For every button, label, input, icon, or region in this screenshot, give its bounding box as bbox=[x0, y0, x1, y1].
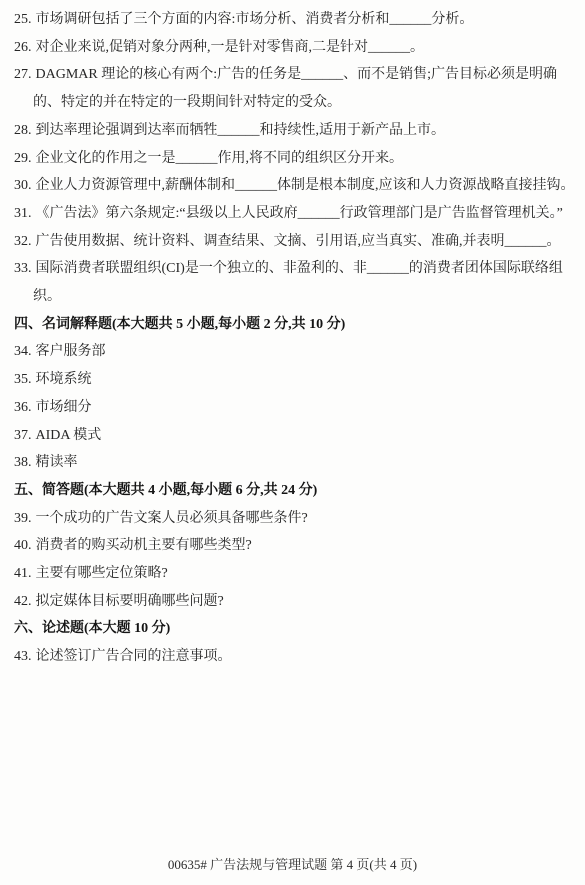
question-number: 42. bbox=[14, 594, 32, 609]
question-40: 40.消费者的购买动机主要有哪些类型? bbox=[14, 532, 581, 560]
question-37: 37.AIDA 模式 bbox=[14, 422, 581, 450]
exam-content: 25.市场调研包括了三个方面的内容:市场分析、消费者分析和______分析。 2… bbox=[0, 6, 585, 671]
question-text: 企业文化的作用之一是______作用,将不同的组织区分开来。 bbox=[36, 151, 404, 166]
section-heading-4: 四、名词解释题(本大题共 5 小题,每小题 2 分,共 10 分) bbox=[14, 311, 581, 339]
question-number: 30. bbox=[14, 178, 32, 193]
section-heading-5: 五、简答题(本大题共 4 小题,每小题 6 分,共 24 分) bbox=[14, 477, 581, 505]
question-42: 42.拟定媒体目标要明确哪些问题? bbox=[14, 588, 581, 616]
question-number: 37. bbox=[14, 428, 32, 443]
page-footer: 00635# 广告法规与管理试题 第 4 页(共 4 页) bbox=[0, 851, 585, 879]
question-number: 31. bbox=[14, 206, 32, 221]
question-39: 39.一个成功的广告文案人员必须具备哪些条件? bbox=[14, 505, 581, 533]
question-text: 一个成功的广告文案人员必须具备哪些条件? bbox=[36, 511, 308, 526]
question-text: 精读率 bbox=[36, 455, 78, 470]
question-32: 32.广告使用数据、统计资料、调查结果、文摘、引用语,应当真实、准确,并表明__… bbox=[14, 228, 581, 256]
question-number: 25. bbox=[14, 12, 32, 27]
question-number: 34. bbox=[14, 344, 32, 359]
question-text: 市场调研包括了三个方面的内容:市场分析、消费者分析和______分析。 bbox=[36, 12, 474, 27]
question-text: 主要有哪些定位策略? bbox=[36, 566, 168, 581]
question-26: 26.对企业来说,促销对象分两种,一是针对零售商,二是针对______。 bbox=[14, 34, 581, 62]
question-text: DAGMAR 理论的核心有两个:广告的任务是______、而不是销售;广告目标必… bbox=[33, 67, 557, 110]
question-text: 消费者的购买动机主要有哪些类型? bbox=[36, 538, 252, 553]
question-27: 27.DAGMAR 理论的核心有两个:广告的任务是______、而不是销售;广告… bbox=[14, 61, 581, 116]
question-number: 27. bbox=[14, 67, 32, 82]
question-number: 43. bbox=[14, 649, 32, 664]
question-text: 到达率理论强调到达率而牺牲______和持续性,适用于新产品上市。 bbox=[36, 123, 446, 138]
question-text: 环境系统 bbox=[36, 372, 92, 387]
question-number: 33. bbox=[14, 261, 32, 276]
question-number: 40. bbox=[14, 538, 32, 553]
question-text: 论述签订广告合同的注意事项。 bbox=[36, 649, 232, 664]
question-31: 31.《广告法》第六条规定:“县级以上人民政府______行政管理部门是广告监督… bbox=[14, 200, 581, 228]
question-38: 38.精读率 bbox=[14, 449, 581, 477]
question-43: 43.论述签订广告合同的注意事项。 bbox=[14, 643, 581, 671]
question-number: 29. bbox=[14, 151, 32, 166]
question-text: 企业人力资源管理中,薪酬体制和______体制是根本制度,应该和人力资源战略直接… bbox=[36, 178, 575, 193]
question-34: 34.客户服务部 bbox=[14, 338, 581, 366]
question-number: 39. bbox=[14, 511, 32, 526]
section-heading-6: 六、论述题(本大题 10 分) bbox=[14, 615, 581, 643]
question-text: 拟定媒体目标要明确哪些问题? bbox=[36, 594, 224, 609]
question-text: 国际消费者联盟组织(CI)是一个独立的、非盈利的、非______的消费者团体国际… bbox=[33, 261, 563, 304]
question-number: 41. bbox=[14, 566, 32, 581]
question-number: 38. bbox=[14, 455, 32, 470]
question-number: 36. bbox=[14, 400, 32, 415]
question-text: 广告使用数据、统计资料、调查结果、文摘、引用语,应当真实、准确,并表明_____… bbox=[36, 234, 561, 249]
question-30: 30.企业人力资源管理中,薪酬体制和______体制是根本制度,应该和人力资源战… bbox=[14, 172, 581, 200]
question-text: 市场细分 bbox=[36, 400, 92, 415]
question-25: 25.市场调研包括了三个方面的内容:市场分析、消费者分析和______分析。 bbox=[14, 6, 581, 34]
question-29: 29.企业文化的作用之一是______作用,将不同的组织区分开来。 bbox=[14, 145, 581, 173]
question-text: AIDA 模式 bbox=[36, 428, 102, 443]
question-text: 《广告法》第六条规定:“县级以上人民政府______行政管理部门是广告监督管理机… bbox=[36, 206, 563, 221]
question-33: 33.国际消费者联盟组织(CI)是一个独立的、非盈利的、非______的消费者团… bbox=[14, 255, 581, 310]
question-36: 36.市场细分 bbox=[14, 394, 581, 422]
question-number: 26. bbox=[14, 40, 32, 55]
exam-page: 25.市场调研包括了三个方面的内容:市场分析、消费者分析和______分析。 2… bbox=[0, 0, 585, 885]
question-35: 35.环境系统 bbox=[14, 366, 581, 394]
question-number: 32. bbox=[14, 234, 32, 249]
question-text: 对企业来说,促销对象分两种,一是针对零售商,二是针对______。 bbox=[36, 40, 425, 55]
question-28: 28.到达率理论强调到达率而牺牲______和持续性,适用于新产品上市。 bbox=[14, 117, 581, 145]
question-number: 35. bbox=[14, 372, 32, 387]
question-number: 28. bbox=[14, 123, 32, 138]
question-text: 客户服务部 bbox=[36, 344, 106, 359]
question-41: 41.主要有哪些定位策略? bbox=[14, 560, 581, 588]
